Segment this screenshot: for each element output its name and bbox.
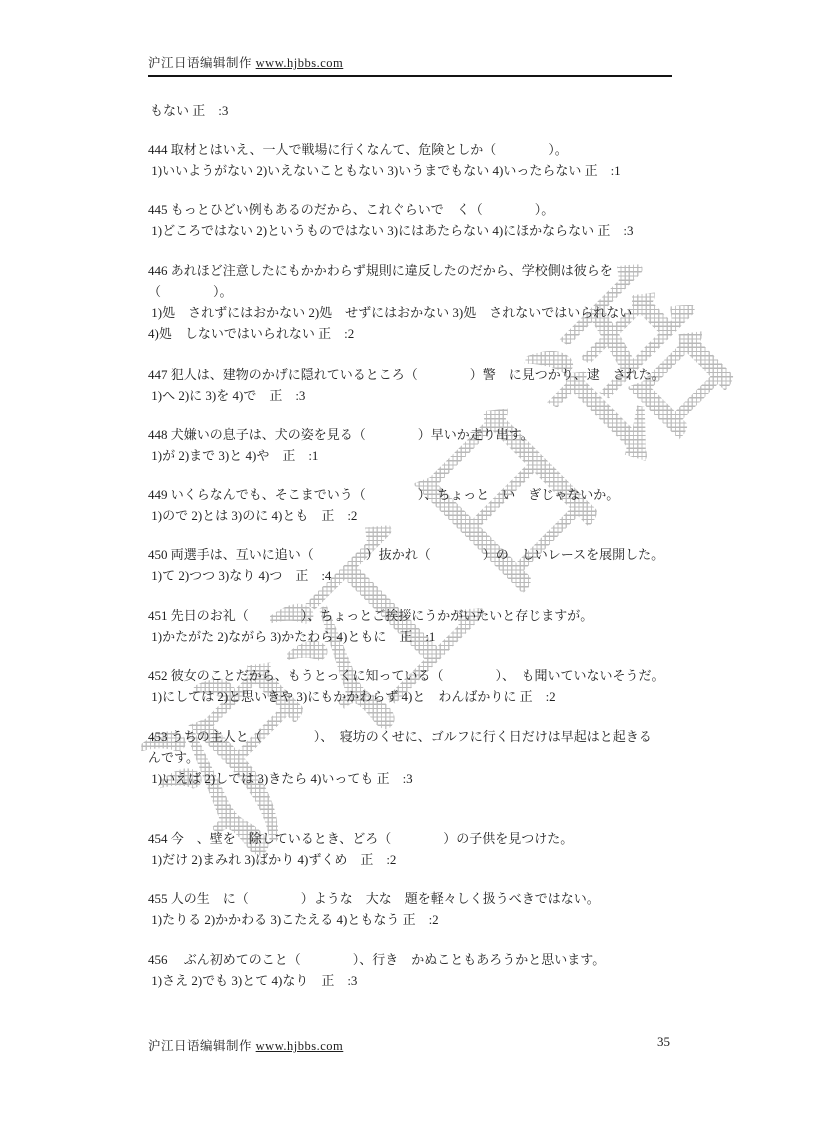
question-449: 449 いくらなんでも、そこまでいう（ ）、ちょっと い ぎじゃないか。 1)の… <box>148 484 714 526</box>
text-line: 450 両選手は、互いに追い（ ）抜かれ（ ）の しいレースを展開した。 <box>148 544 714 565</box>
text-line: 452 彼女のことだから、もうとっくに知っている（ ）、 も聞いていないそうだ。 <box>148 665 714 686</box>
question-447: 447 犯人は、建物のかげに隠れているところ（ ）警 に見つかり、逮 された。 … <box>148 364 714 406</box>
text-line: 456 ぶん初めてのこと（ ）、行き かぬこともあろうかと思います。 <box>148 949 714 970</box>
carryover-answer-line: もない 正 :3 <box>150 100 228 121</box>
document-page: 沪江日语 沪江日语编辑制作 www.hjbbs.com もない 正 :3 444… <box>0 0 816 1123</box>
page-footer: 沪江日语编辑制作 www.hjbbs.com <box>148 1036 343 1054</box>
footer-brand: 沪江日语编辑制作 <box>148 1039 252 1053</box>
header-rule <box>148 75 672 77</box>
header-url-link[interactable]: www.hjbbs.com <box>256 56 344 70</box>
question-455: 455 人の生 に（ ）ような 大な 題を軽々しく扱うべきではない。 1)たりる… <box>148 888 714 930</box>
header-brand: 沪江日语编辑制作 <box>148 56 252 70</box>
question-456: 456 ぶん初めてのこと（ ）、行き かぬこともあろうかと思います。 1)さえ … <box>148 949 714 991</box>
text-line: （ ）。 <box>148 281 714 302</box>
text-line: 453 うちの主人と（ ）、 寝坊のくせに、ゴルフに行く日だけは早起はと起きる <box>148 726 714 747</box>
text-line: 449 いくらなんでも、そこまでいう（ ）、ちょっと い ぎじゃないか。 <box>148 484 714 505</box>
text-line: 447 犯人は、建物のかげに隠れているところ（ ）警 に見つかり、逮 された。 <box>148 364 714 385</box>
text-line: んです。 <box>148 747 714 768</box>
question-452: 452 彼女のことだから、もうとっくに知っている（ ）、 も聞いていないそうだ。… <box>148 665 714 707</box>
text-line: 455 人の生 に（ ）ような 大な 題を軽々しく扱うべきではない。 <box>148 888 714 909</box>
text-line: 1)いえば 2)しては 3)きたら 4)いっても 正 :3 <box>148 768 714 789</box>
question-453: 453 うちの主人と（ ）、 寝坊のくせに、ゴルフに行く日だけは早起はと起きるん… <box>148 726 714 789</box>
question-448: 448 犬嫌いの息子は、犬の姿を見る（ ）早いか走り出す。 1)が 2)まで 3… <box>148 424 714 466</box>
footer-url-link[interactable]: www.hjbbs.com <box>256 1039 344 1053</box>
text-line: 1)さえ 2)でも 3)とて 4)なり 正 :3 <box>148 970 714 991</box>
text-line: 1)ので 2)とは 3)のに 4)とも 正 :2 <box>148 505 714 526</box>
text-line: 1)だけ 2)まみれ 3)ばかり 4)ずくめ 正 :2 <box>148 849 714 870</box>
question-451: 451 先日のお礼（ ）、ちょっとご挨拶にうかがいたいと存じますが。 1)かたが… <box>148 605 714 647</box>
page-header: 沪江日语编辑制作 www.hjbbs.com <box>148 53 343 71</box>
text-line: 1)て 2)つつ 3)なり 4)つ 正 :4 <box>148 565 714 586</box>
text-line: 1)処 されずにはおかない 2)処 せずにはおかない 3)処 されないではいられ… <box>148 302 714 323</box>
page-number: 35 <box>657 1034 670 1050</box>
question-444: 444 取材とはいえ、一人で戦場に行くなんて、危険としか（ ）。 1)いいようが… <box>148 139 714 181</box>
question-445: 445 もっとひどい例もあるのだから、これぐらいで く（ ）。 1)どころではな… <box>148 199 714 241</box>
text-line: 446 あれほど注意したにもかかわらず規則に違反したのだから、学校側は彼らを <box>148 260 714 281</box>
text-line: 454 今 、壁を 除しているとき、どろ（ ）の子供を見つけた。 <box>148 828 714 849</box>
question-454: 454 今 、壁を 除しているとき、どろ（ ）の子供を見つけた。 1)だけ 2)… <box>148 828 714 870</box>
question-446: 446 あれほど注意したにもかかわらず規則に違反したのだから、学校側は彼らを（ … <box>148 260 714 344</box>
question-450: 450 両選手は、互いに追い（ ）抜かれ（ ）の しいレースを展開した。 1)て… <box>148 544 714 586</box>
text-line: 4)処 しないではいられない 正 :2 <box>148 323 714 344</box>
text-line: 1)かたがた 2)ながら 3)かたわら 4)ともに 正 :1 <box>148 626 714 647</box>
text-line: 1)にしては 2)と思いきや 3)にもかかわらず 4)と わんばかりに 正 :2 <box>148 686 714 707</box>
text-line: 1)が 2)まで 3)と 4)や 正 :1 <box>148 445 714 466</box>
text-line: 448 犬嫌いの息子は、犬の姿を見る（ ）早いか走り出す。 <box>148 424 714 445</box>
text-line: 445 もっとひどい例もあるのだから、これぐらいで く（ ）。 <box>148 199 714 220</box>
text-line: 1)いいようがない 2)いえないこともない 3)いうまでもない 4)いったらない… <box>148 160 714 181</box>
text-line: 451 先日のお礼（ ）、ちょっとご挨拶にうかがいたいと存じますが。 <box>148 605 714 626</box>
text-line: 444 取材とはいえ、一人で戦場に行くなんて、危険としか（ ）。 <box>148 139 714 160</box>
text-line: 1)へ 2)に 3)を 4)で 正 :3 <box>148 385 714 406</box>
text-line: 1)どころではない 2)というものではない 3)にはあたらない 4)にほかならな… <box>148 220 714 241</box>
text-line: 1)たりる 2)かかわる 3)こたえる 4)ともなう 正 :2 <box>148 909 714 930</box>
